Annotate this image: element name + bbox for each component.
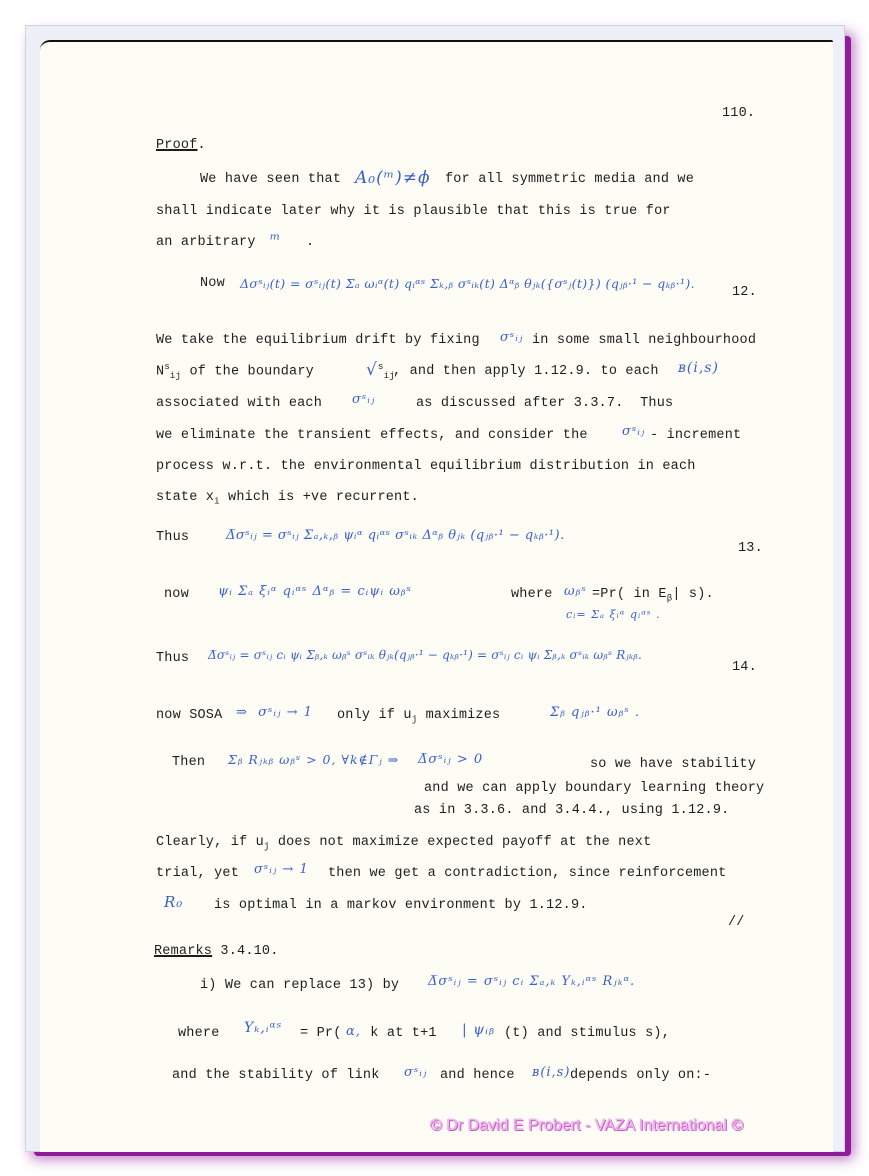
line-7-pre: we eliminate the transient effects, and … [156,428,588,443]
pr-end: | s). [672,587,714,602]
n-sub: ij [170,371,181,381]
math-a0-nonempty: A₀(ᵐ)≠ϕ [355,168,431,188]
clear1-post: does not maximize expected payoff at the… [270,835,652,850]
sosa-mid-text: only if u [337,708,412,723]
then-text-1: so we have stability [590,757,756,772]
math-b-is-2: ʙ(i,s) [532,1065,570,1080]
line-8: process w.r.t. the environmental equilib… [156,459,696,474]
line-6-post: as discussed after 3.3.7. Thus [416,396,673,411]
math-root: √ [366,360,378,380]
math-sigma-ij-3: σˢᵢⱼ [622,424,645,439]
math-sigma-ij-4: σˢᵢⱼ [404,1065,427,1080]
line-7-post: - increment [650,428,741,443]
line-6-pre: associated with each [156,396,322,411]
line-9-post: which is +ve recurrent. [220,490,419,505]
eq12-number: 12. [732,285,757,300]
equation-13: Δ̅σˢᵢⱼ = σˢᵢⱼ Σₐ,ₖ,ᵦ ψᵢᵅ qᵢᵅˢ σˢᵢₖ Δᵅᵦ θ… [226,528,565,543]
math-alpha: α, [346,1024,361,1039]
math-sosa-sum: Σᵦ qⱼᵦ·¹ ωᵦˢ . [550,705,640,720]
equation-14: Δ̅σˢᵢⱼ = σˢᵢⱼ cᵢ ψᵢ Σᵦ,ₖ ωᵦˢ σˢᵢₖ θⱼₖ(qⱼ… [208,648,642,662]
math-now1: ψᵢ Σₐ ξᵢᵅ qᵢᵅˢ Δᵅᵦ = cᵢψᵢ ωᵦˢ [218,584,412,599]
then-text-2: and we can apply boundary learning theor… [424,781,764,796]
then-text-3: as in 3.3.6. and 3.4.4., using 1.12.9. [414,803,729,818]
math-medium: ᵐ [270,230,281,250]
eq13-number: 13. [738,541,763,556]
line-9-pre: state x [156,490,214,505]
line-4-post: in some small neighbourhood [532,333,756,348]
math-then-result: Δ̅σˢᵢⱼ > 0 [418,752,483,767]
math-sigma-ij-2: σˢᵢⱼ [352,392,375,407]
line-5-post: , and then apply 1.12.9. to each [393,364,659,379]
proof-heading-dot: . [198,138,206,153]
line-4-pre: We take the equilibrium drift by fixing [156,333,480,348]
now1-where: where [511,587,553,602]
remarks-heading-text: Remarks [154,944,212,959]
page-content: 110. Proof. We have seen that A₀(ᵐ)≠ϕ fo… [0,0,869,1176]
remark-1-pre: i) We can replace 13) by [200,978,399,993]
now1-where-text: =Pr( in Eβ| s). [592,587,714,604]
math-sosa: ⇒ σˢᵢⱼ → 1 [236,705,313,720]
math-remark-1: Δ̅σˢᵢⱼ = σˢᵢⱼ cᵢ Σₐ,ₖ Υₖ,ᵢᵅˢ Rⱼₖᵅ. [428,974,635,989]
math-psi-beta: | ψᵢᵦ [462,1022,495,1038]
math-then-condition: Σᵦ Rⱼₖᵦ ωᵦˢ > 0, ∀k∉Γⱼ ⇒ [228,752,399,767]
line-2: shall indicate later why it is plausible… [156,204,671,219]
sosa-post: maximizes [417,708,500,723]
proof-heading: Proof. [156,138,206,153]
math-b-is: ʙ(i,s) [678,360,719,376]
remark-2-post: (t) and stimulus s), [504,1026,670,1041]
now1-label: now [164,587,189,602]
page-number: 110. [722,106,755,121]
clear3-post: is optimal in a markov environment by 1.… [214,898,588,913]
sosa-pre: now SOSA [156,708,222,723]
proof-heading-text: Proof [156,138,198,153]
math-omega-beta: ωᵦˢ [564,584,587,599]
line-5-text: of the boundary [189,365,314,380]
then-label: Then [172,755,205,770]
pr-text: =Pr( in E [592,587,667,602]
line-9: state xi which is +ve recurrent. [156,490,419,507]
equation-12: Δσˢᵢⱼ(t) = σˢᵢⱼ(t) Σₐ ωᵢᵅ(t) qᵢᵅˢ Σₖ,ᵦ σ… [240,276,695,291]
math-upsilon: Υₖ,ᵢᵅˢ [244,1020,282,1036]
line-3-post: . [306,235,314,250]
eq14-label: Thus [156,651,189,666]
clear-line-1: Clearly, if uj does not maximize expecte… [156,835,651,852]
remark-2-pre: where [178,1026,220,1041]
remarks-heading: Remarks 3.4.10. [154,944,279,959]
line-1-post: for all symmetric media and we [445,172,694,187]
remark-3-pre: and the stability of link [172,1068,380,1083]
eq12-label: Now [200,276,225,291]
line-5: Nsij of the boundary [156,362,314,381]
sosa-mid: only if uj maximizes [337,708,500,725]
copyright-watermark: © Dr David E Probert - VAZA Internationa… [430,1117,743,1135]
eq14-number: 14. [732,660,757,675]
line-1-pre: We have seen that [200,172,341,187]
math-sigma-ij: σˢᵢⱼ [500,330,523,345]
math-clear2: σˢᵢⱼ → 1 [254,862,309,877]
remark-2-mid2: k at t+1 [362,1026,445,1041]
remarks-number: 3.4.10. [212,944,278,959]
line-3-pre: an arbitrary [156,235,256,250]
remark-3-mid: and hence [440,1068,515,1083]
eq13-label: Thus [156,530,189,545]
math-r0: R₀ [164,893,183,911]
math-ci-definition: cᵢ= Σₐ ξᵢᵅ qᵢᵅˢ . [566,608,661,621]
remark-2-mid: = Pr( [300,1026,342,1041]
remark-3-post: depends only on:- [570,1068,711,1083]
clear2-pre: trial, yet [156,866,239,881]
clear1-pre: Clearly, if u [156,835,264,850]
end-of-proof-mark: // [728,915,745,930]
clear2-post: then we get a contradiction, since reinf… [328,866,726,881]
